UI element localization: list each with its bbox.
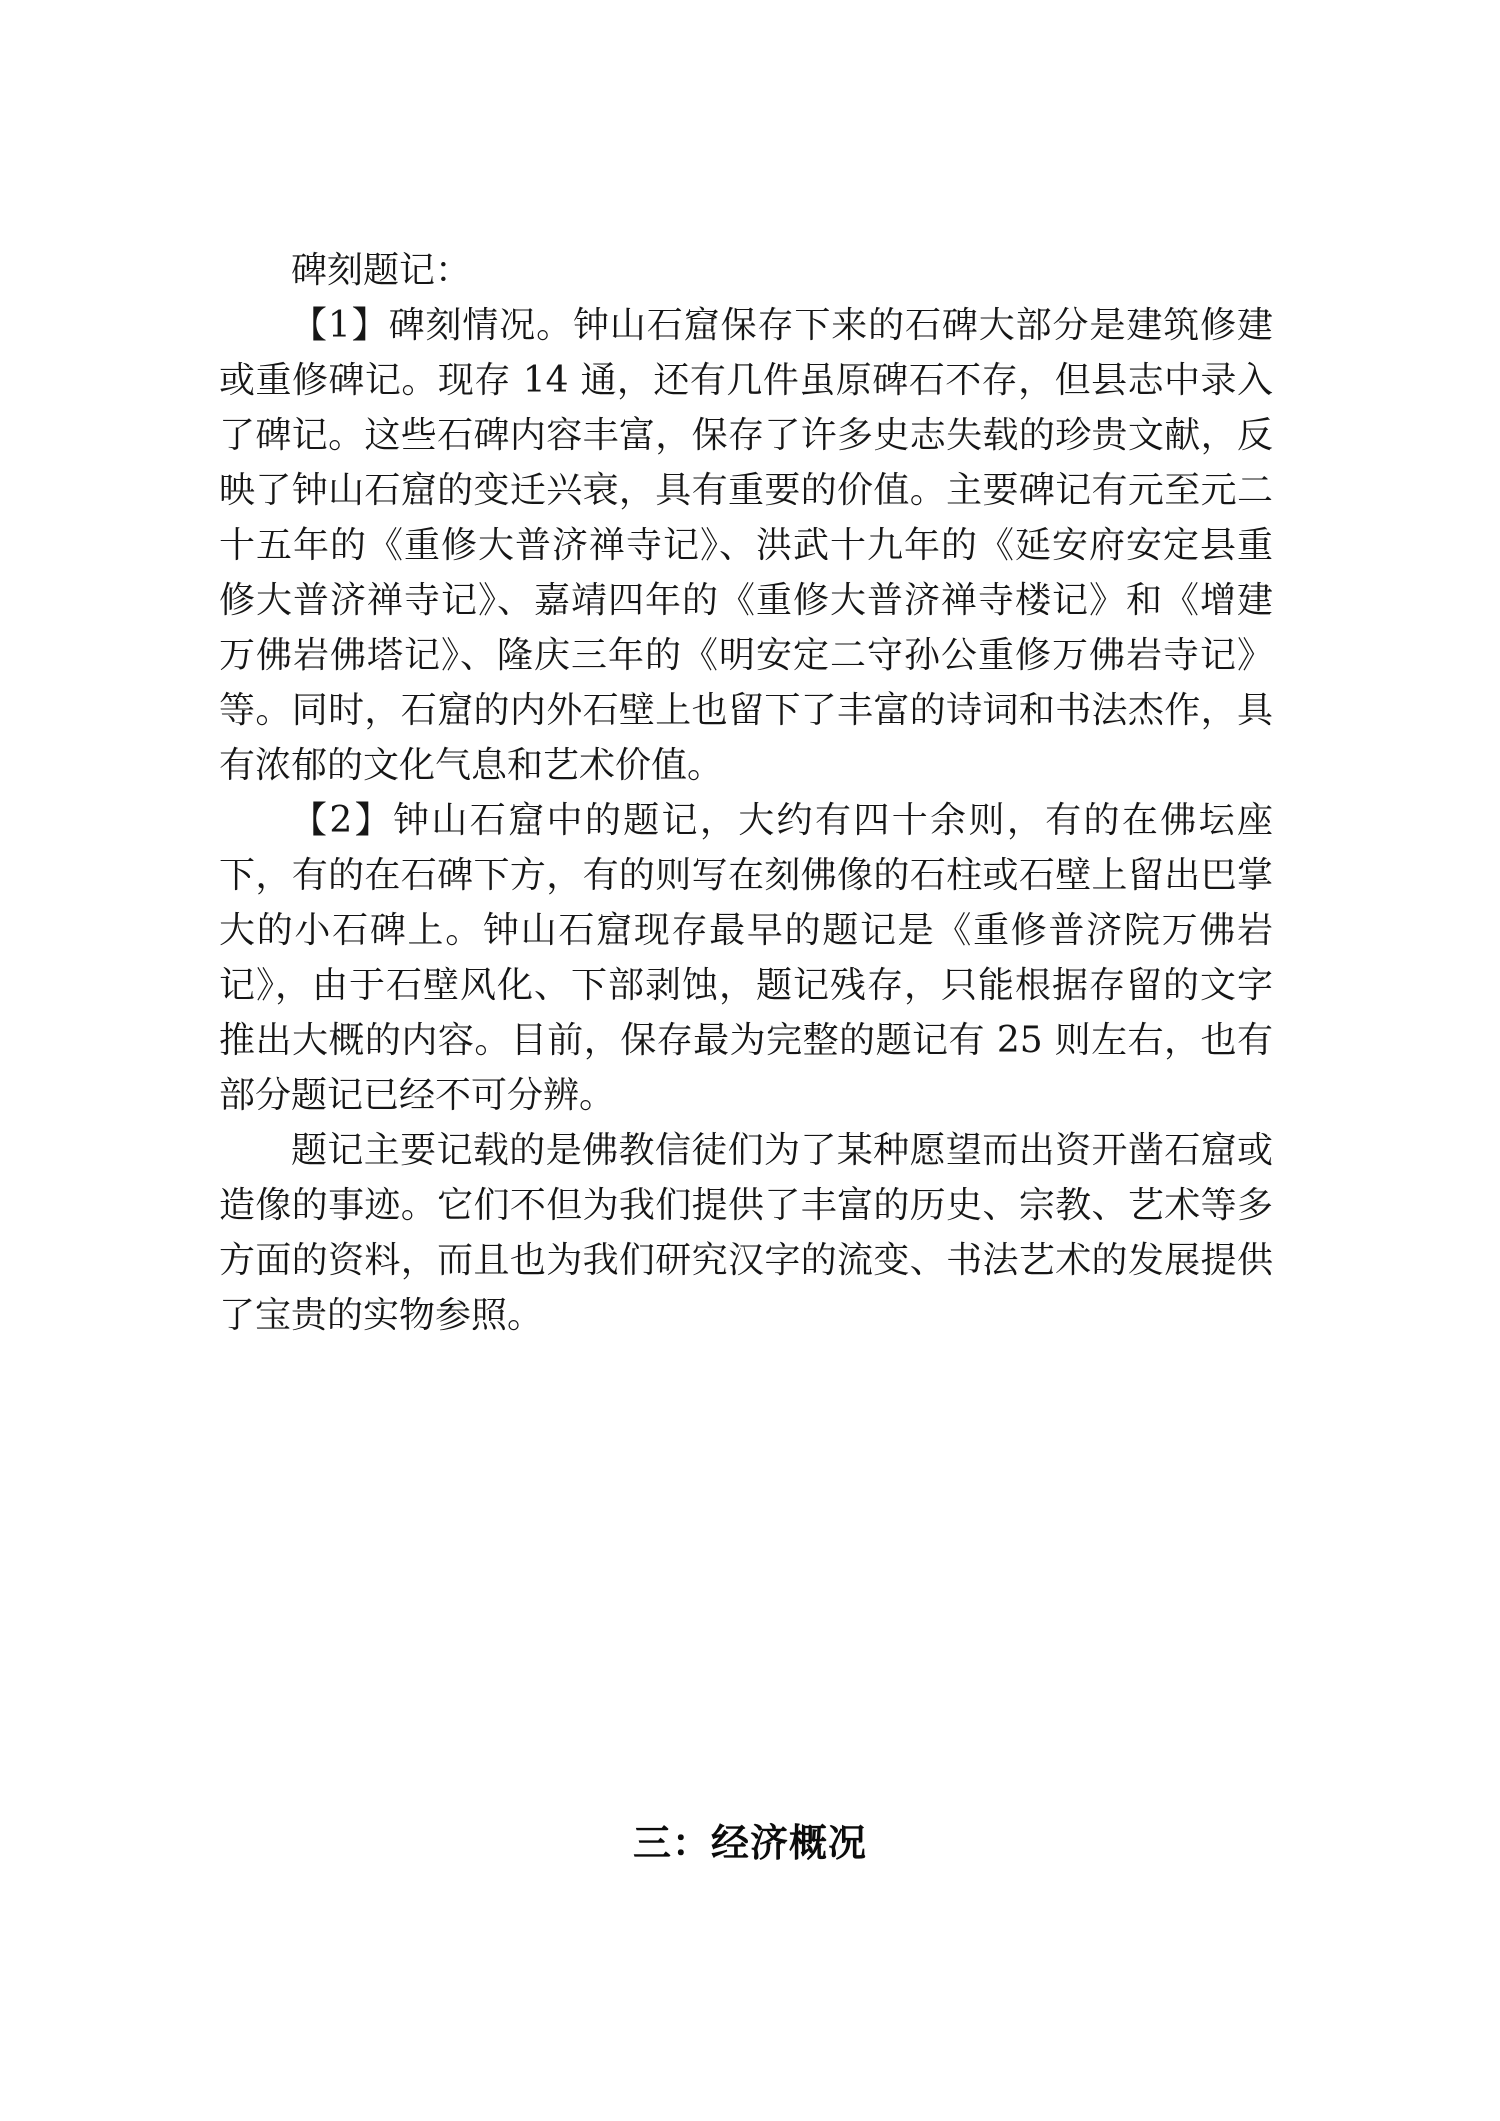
paragraph-inscriptions-overview: 【1】碑刻情况。钟山石窟保存下来的石碑大部分是建筑修建或重修碑记。现存 14 通…	[219, 298, 1273, 793]
paragraph-notes-records: 【2】钟山石窟中的题记，大约有四十余则，有的在佛坛座下，有的在石碑下方，有的则写…	[219, 793, 1273, 1123]
body-text-block: 碑刻题记： 【1】碑刻情况。钟山石窟保存下来的石碑大部分是建筑修建或重修碑记。现…	[219, 243, 1273, 1343]
paragraph-records-significance: 题记主要记载的是佛教信徒们为了某种愿望而出资开凿石窟或造像的事迹。它们不但为我们…	[219, 1123, 1273, 1343]
lead-line: 碑刻题记：	[219, 243, 1273, 298]
document-page: 碑刻题记： 【1】碑刻情况。钟山石窟保存下来的石碑大部分是建筑修建或重修碑记。现…	[0, 0, 1500, 2121]
section-heading-economy: 三：经济概况	[0, 1820, 1500, 1866]
